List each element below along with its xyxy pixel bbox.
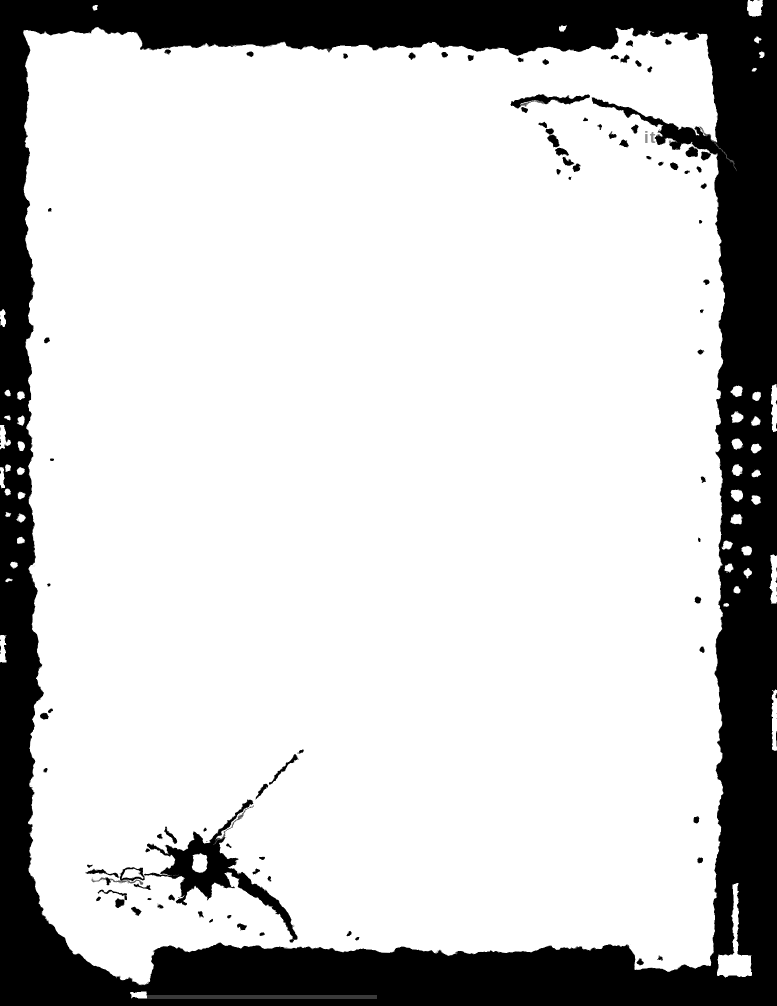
bottom-edge-scuff — [147, 995, 377, 999]
page-inner-group — [27, 27, 721, 983]
grunge-frame-image: itu.co — [0, 0, 777, 1006]
grunge-frame: itu.co — [0, 0, 777, 1006]
page-inner-area — [27, 27, 721, 983]
